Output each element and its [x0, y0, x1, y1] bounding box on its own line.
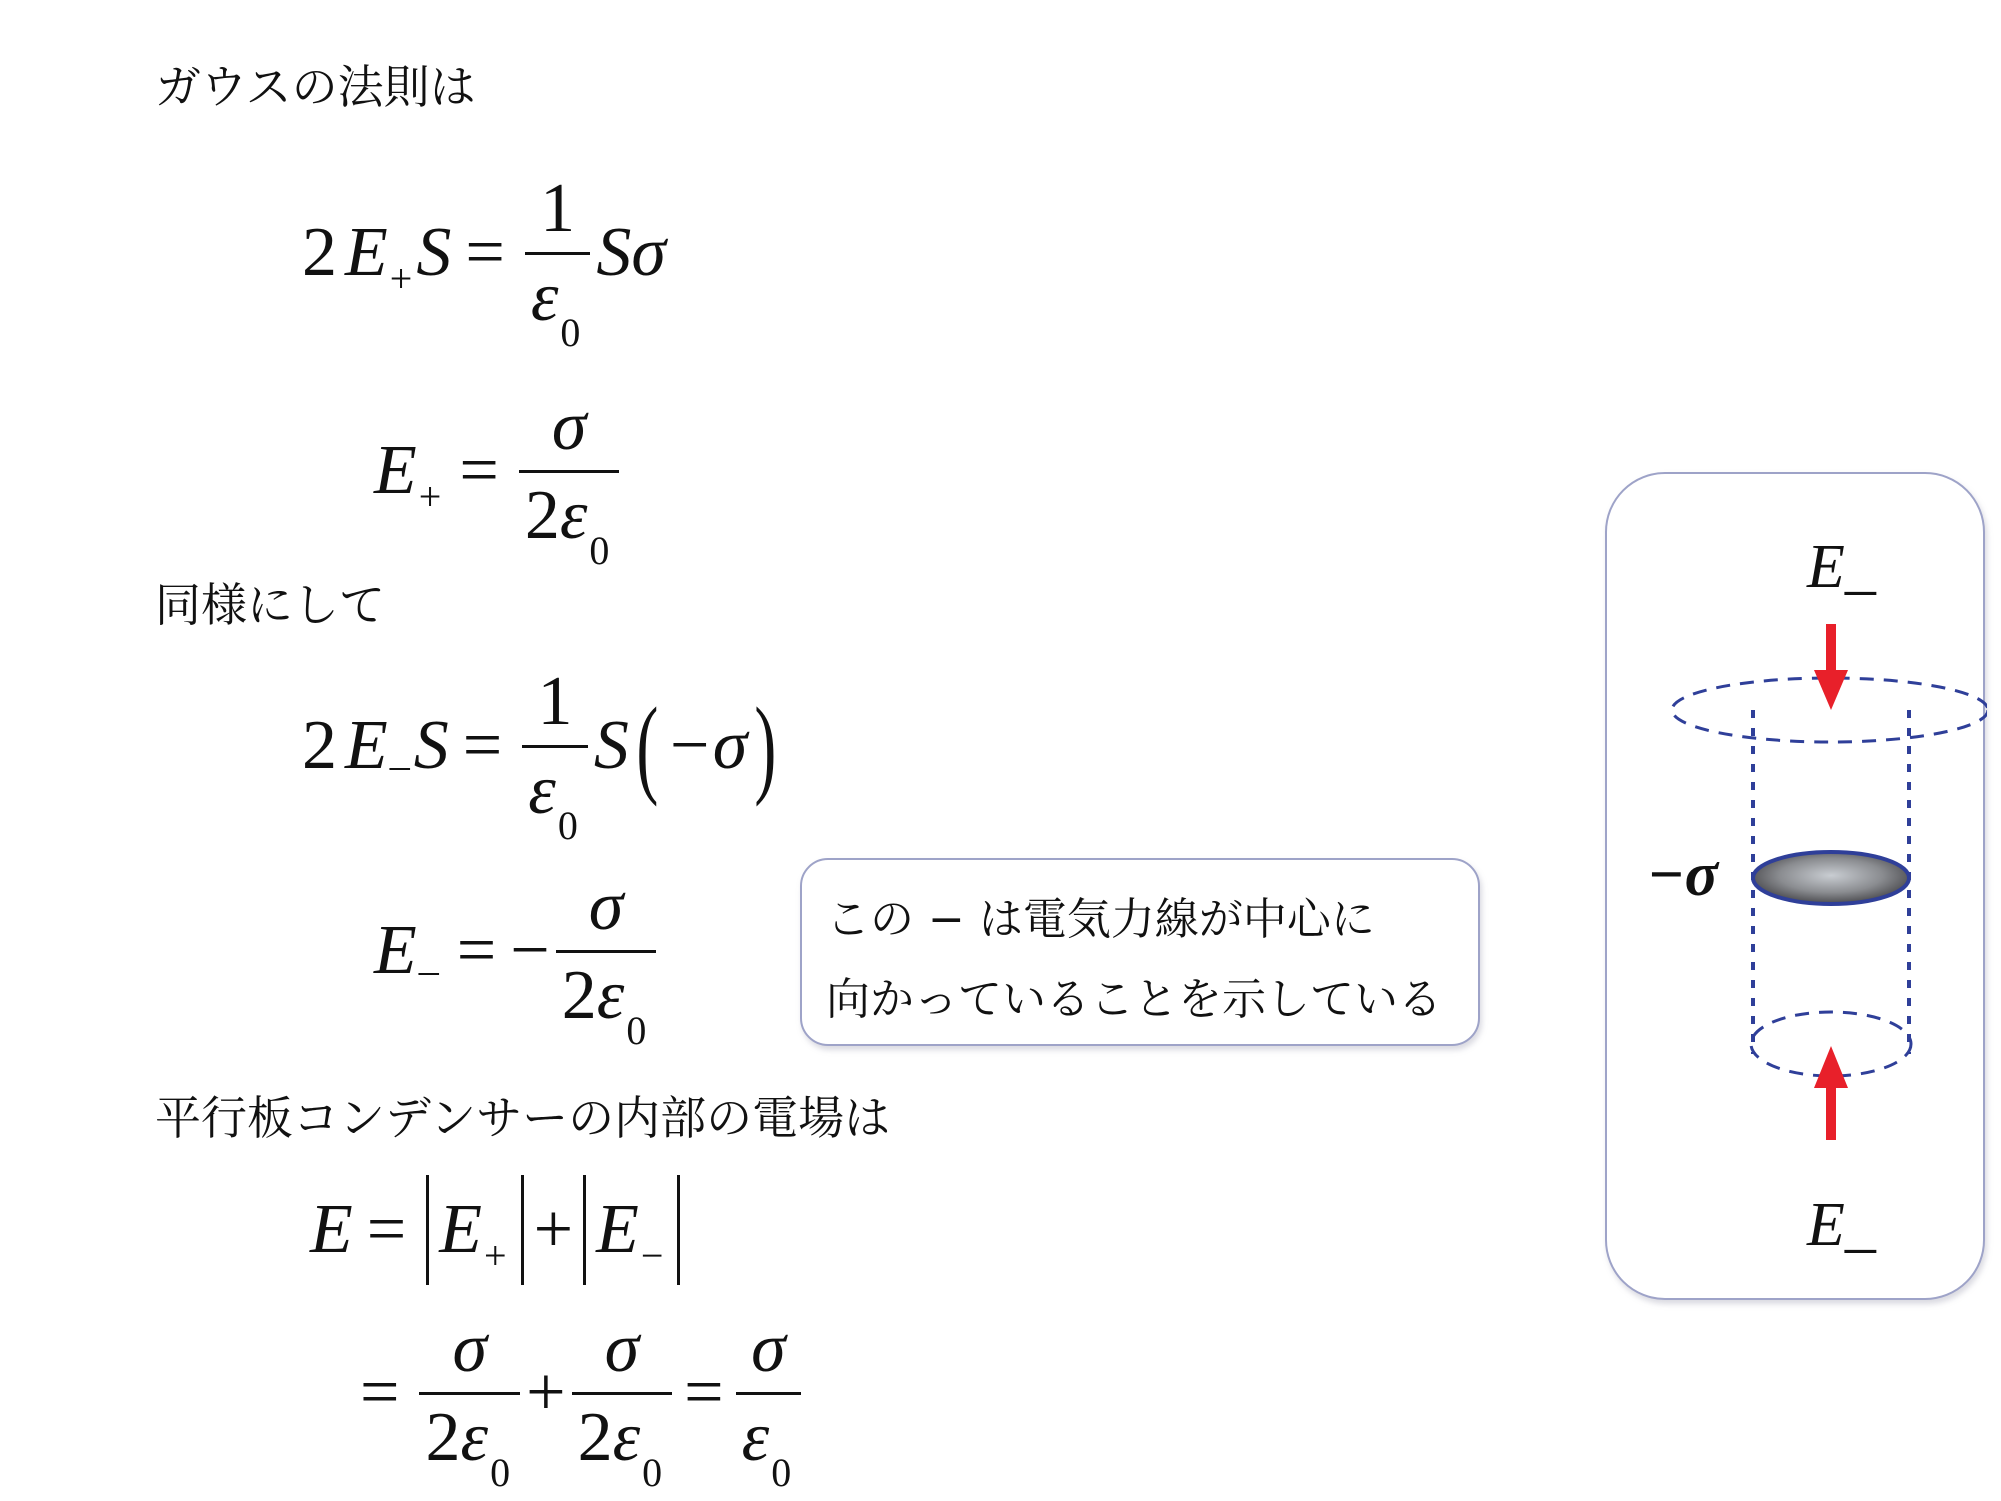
epsilon-sub: 0: [558, 803, 578, 848]
arrow-up-icon: [1814, 1046, 1848, 1140]
fraction-bar: [736, 1392, 802, 1395]
t1-den: 2ε0: [419, 1401, 520, 1475]
abs1-E: E: [439, 1195, 482, 1265]
eq3-equals: =: [463, 711, 502, 781]
epsilon-sub: 0: [560, 310, 580, 355]
fraction-bar: [519, 470, 620, 473]
den-coef: 2: [562, 957, 597, 1034]
equation-gauss-positive: 2 E + S = 1 ε0 Sσ: [302, 172, 666, 334]
eq6-equals1: =: [360, 1358, 399, 1428]
eq2-equals: =: [459, 436, 498, 506]
eq2-fraction: σ 2ε0: [519, 390, 620, 552]
eq1-frac-num: 1: [534, 172, 581, 246]
label-E-minus-top: E_: [1807, 536, 1876, 598]
eq3-frac-num: 1: [532, 665, 579, 739]
eq4-frac-num: σ: [583, 870, 630, 944]
paren-close: ): [755, 691, 777, 801]
eq2-frac-den: 2ε0: [519, 479, 620, 553]
charged-plate: [1753, 852, 1909, 904]
t3-num: σ: [745, 1312, 792, 1386]
eq1-coef: 2: [302, 218, 337, 288]
eq5-equals: =: [367, 1195, 406, 1265]
eq3-frac-den: ε0: [522, 754, 588, 828]
eq1-rhs: Sσ: [596, 218, 666, 288]
t2-den: 2ε0: [572, 1401, 673, 1475]
epsilon: ε: [560, 477, 588, 554]
eq6-plus: +: [526, 1358, 565, 1428]
heading-similarly: 同様にして: [155, 582, 385, 628]
fraction-bar: [522, 745, 588, 748]
eq3-neg-sigma: −σ: [665, 711, 747, 781]
eq3-S: S: [414, 711, 449, 781]
epsilon-sub: 0: [589, 528, 609, 573]
eq4-equals: =: [457, 916, 496, 986]
abs2-sub: −: [641, 1236, 664, 1276]
note-line-1: この − は電気力線が中心に: [826, 880, 1454, 960]
eq1-frac-den: ε0: [525, 261, 591, 335]
note-line-2: 向かっていることを示している: [826, 960, 1454, 1040]
den-coef: 2: [425, 1399, 460, 1476]
t3-den: ε0: [736, 1401, 802, 1475]
equation-total-field-result: = σ 2ε0 + σ 2ε0 = σ ε0: [360, 1312, 807, 1474]
epsilon: ε: [613, 1399, 641, 1476]
eq3-E-sub: _: [390, 732, 410, 772]
eq2-frac-num: σ: [546, 390, 593, 464]
eq5-plus: +: [534, 1195, 573, 1265]
eq1-fraction: 1 ε0: [525, 172, 591, 334]
epsilon: ε: [528, 752, 556, 829]
eq6-equals2: =: [684, 1358, 723, 1428]
eq4-minus: −: [510, 916, 549, 986]
epsilon-sub: 0: [490, 1450, 510, 1495]
fraction-bar: [419, 1392, 520, 1395]
eq3-E: E: [345, 711, 388, 781]
abs1-sub: +: [484, 1236, 507, 1276]
epsilon: ε: [597, 957, 625, 1034]
epsilon-sub: 0: [642, 1450, 662, 1495]
t1-num: σ: [447, 1312, 494, 1386]
eq4-E-sub: _: [419, 937, 439, 977]
abs2-E: E: [596, 1195, 639, 1265]
eq4-fraction: σ 2ε0: [556, 870, 657, 1032]
eq1-E: E: [345, 218, 388, 288]
eq1-equals: =: [465, 218, 504, 288]
equation-gauss-negative: 2 E _ S = 1 ε0 S ( −σ ): [302, 665, 784, 827]
epsilon-sub: 0: [771, 1450, 791, 1495]
equation-E-minus: E _ = − σ 2ε0: [374, 870, 662, 1032]
eq5-E: E: [310, 1195, 353, 1265]
eq3-S-rhs: S: [594, 711, 629, 781]
eq1-S: S: [416, 218, 451, 288]
eq6-term2: σ 2ε0: [572, 1312, 673, 1474]
heading-capacitor-field: 平行板コンデンサーの内部の電場は: [155, 1095, 890, 1141]
abs-E-plus: E +: [426, 1175, 523, 1285]
eq6-term1: σ 2ε0: [419, 1312, 520, 1474]
epsilon: ε: [531, 259, 559, 336]
fraction-bar: [572, 1392, 673, 1395]
eq4-frac-den: 2ε0: [556, 959, 657, 1033]
eq4-E: E: [374, 916, 417, 986]
paren-open: (: [636, 691, 658, 801]
abs-E-minus: E −: [583, 1175, 680, 1285]
epsilon-sub: 0: [626, 1008, 646, 1053]
t2-num: σ: [599, 1312, 646, 1386]
eq2-E: E: [374, 436, 417, 506]
heading-gauss-law: ガウスの法則は: [155, 64, 476, 110]
gaussian-cylinder-diagram: E_ −σ E_: [1605, 472, 1985, 1300]
fraction-bar: [556, 950, 657, 953]
label-negative-sigma: −σ: [1647, 844, 1718, 906]
eq3-fraction: 1 ε0: [522, 665, 588, 827]
epsilon: ε: [742, 1399, 770, 1476]
fraction-bar: [525, 252, 591, 255]
den-coef: 2: [525, 477, 560, 554]
epsilon: ε: [460, 1399, 488, 1476]
den-coef: 2: [578, 1399, 613, 1476]
equation-E-plus: E + = σ 2ε0: [374, 390, 625, 552]
equation-total-field: E = E + + E −: [310, 1175, 686, 1285]
arrow-down-icon: [1814, 624, 1848, 710]
eq2-E-sub: +: [419, 477, 442, 517]
eq6-term3: σ ε0: [736, 1312, 802, 1474]
eq1-E-sub: +: [390, 259, 413, 299]
note-callout: この − は電気力線が中心に 向かっていることを示している: [800, 858, 1480, 1046]
eq3-coef: 2: [302, 711, 337, 781]
label-E-minus-bottom: E_: [1807, 1194, 1876, 1256]
